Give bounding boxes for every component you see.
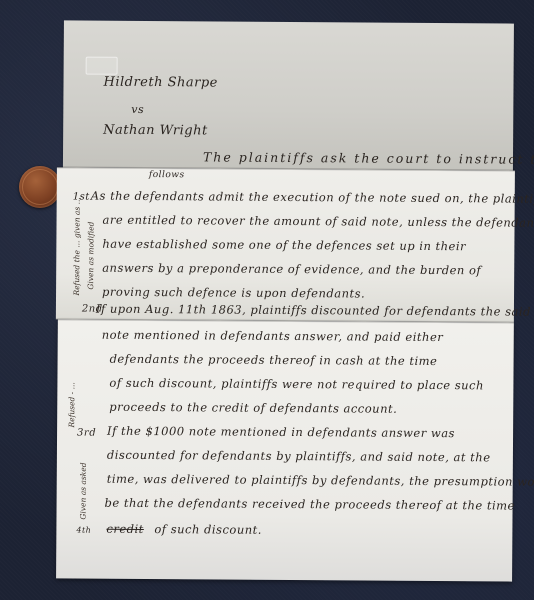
instruction-line: be that the defendants received the proc… [105,496,515,513]
instruction-line: time, was delivered to plaintiffs by def… [107,472,534,489]
instruction-line: of such discount, plaintiffs were not re… [109,376,484,393]
coin-rim [22,169,58,205]
margin-note: Refused - ... [67,382,76,427]
margin-number: 4th [76,526,91,535]
margin-note: Given as asked [78,462,87,519]
versus-label: vs [131,103,144,116]
instruction-line: If the $1000 note mentioned in defendant… [107,424,455,440]
instruction-line: have established some one of the defence… [102,237,466,254]
struck-word: credit [106,522,144,536]
instruction-line: are entitled to recover the amount of sa… [103,213,534,230]
preamble-continued: follows [149,170,185,180]
instruction-line: As the defendants admit the execution of… [91,189,534,206]
margin-note: Given as modified [86,222,95,290]
instruction-line: defendants the proceeds thereof in cash … [110,352,438,368]
penny-coin [19,166,61,208]
plaintiff-name: Hildreth Sharpe [103,75,217,91]
instruction-line: If upon Aug. 11th 1863, plaintiffs disco… [96,302,531,319]
instruction-line: proceeds to the credit of defendants acc… [109,400,397,416]
instruction-line: proving such defence is upon defendants. [102,285,365,301]
document-sheet: Hildreth Sharpe vs Nathan Wright The pla… [54,20,522,581]
embossed-stamp-icon [86,57,118,75]
margin-note: Refused the ... given as ... [72,197,82,295]
instruction-number: 3rd [77,428,96,439]
instruction-line: of such discount. [154,522,262,537]
paper-top-fold: Hildreth Sharpe vs Nathan Wright The pla… [63,20,514,170]
instruction-line: answers by a preponderance of evidence, … [102,261,481,278]
defendant-name: Nathan Wright [103,123,208,139]
paper-lower-fold: note mentioned in defendants answer, and… [56,319,514,581]
instruction-line: note mentioned in defendants answer, and… [102,328,444,344]
paper-middle-fold: follows 1st As the defendants admit the … [56,167,515,322]
instruction-line: discounted for defendants by plaintiffs,… [107,448,491,465]
preamble-text: The plaintiffs ask the court to instruct… [203,149,534,167]
